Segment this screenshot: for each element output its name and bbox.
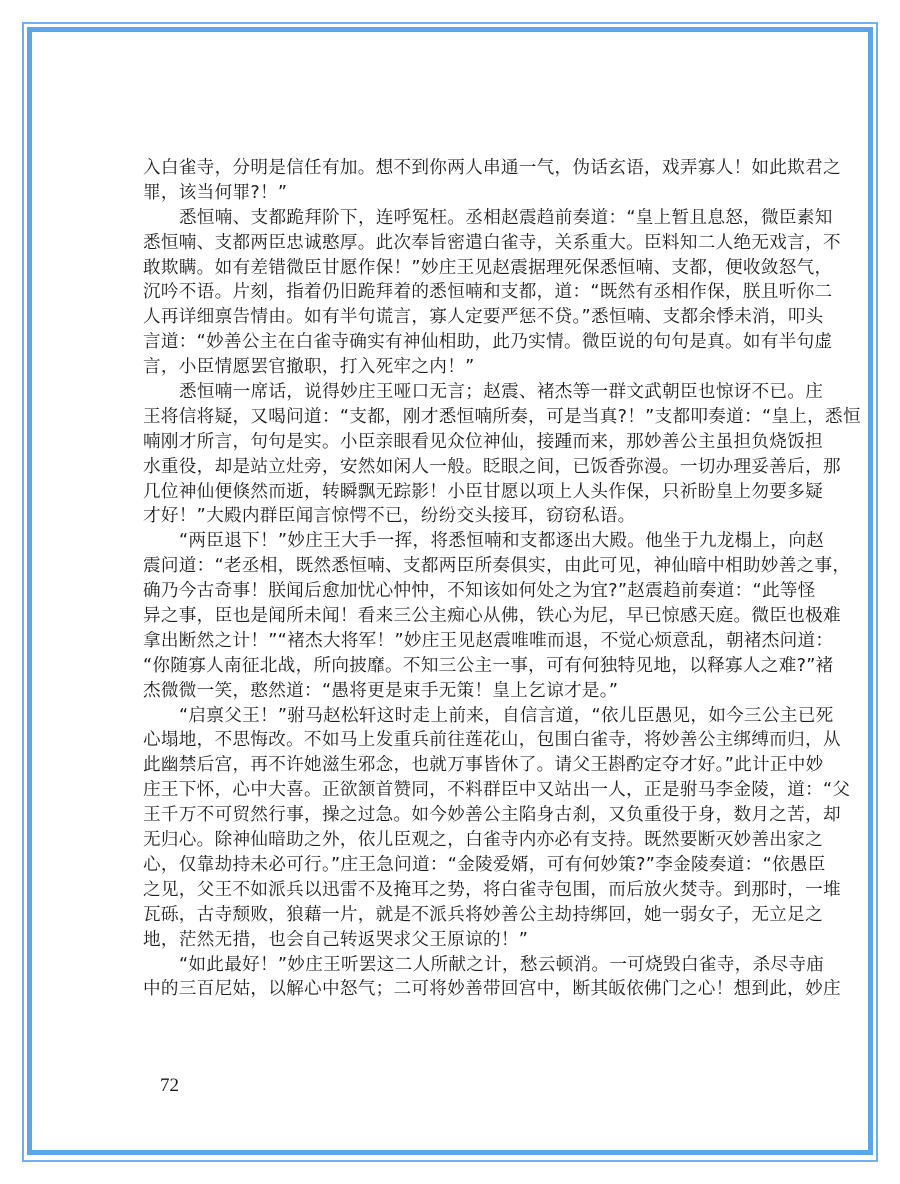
- text-line: 人再详细禀告情由。如有半句谎言，寡人定要严惩不贷。”悉恒喃、支都余悸未消，叩头: [143, 305, 785, 330]
- text-line: 庄王下怀，心中大喜。正欲颔首赞同，不料群臣中又站出一人，正是驸马李金陵，道：“父: [143, 778, 785, 803]
- book-page-text: 入白雀寺，分明是信任有加。想不到你两人串通一气，伪话玄语，戏弄寡人！如此欺君之罪…: [143, 156, 785, 1002]
- text-line: 瓦砾，古寺颓败，狼藉一片，就是不派兵将妙善公主劫持绑回，她一弱女子，无立足之: [143, 903, 785, 928]
- text-line: 拿出断然之计！”“褚杰大将军！”妙庄王见赵震唯唯而退，不觉心烦意乱，朝褚杰问道：: [143, 629, 785, 654]
- page-number: 72: [160, 1075, 179, 1097]
- paragraph-first-line: 悉恒喃一席话，说得妙庄王哑口无言；赵震、褚杰等一群文武朝臣也惊讶不已。庄: [143, 380, 785, 405]
- paragraph-first-line: 悉恒喃、支都跪拜阶下，连呼冤枉。丞相赵震趋前奏道：“皇上暂且息怒，微臣素知: [143, 206, 785, 231]
- paragraph-first-line: “如此最好！”妙庄王听罢这二人所献之计，愁云顿消。一可烧毁白雀寺，杀尽寺庙: [143, 953, 785, 978]
- text-line: 震问道：“老丞相，既然悉恒喃、支都两臣所奏俱实，由此可见，神仙暗中相助妙善之事，: [143, 554, 785, 579]
- paragraph-first-line: “启禀父王！”驸马赵松轩这时走上前来，自信言道，“依儿臣愚见，如今三公主已死: [143, 704, 785, 729]
- paragraph-first-line: “两臣退下！”妙庄王大手一挥，将悉恒喃和支都逐出大殿。他坐于九龙榻上，向赵: [143, 529, 785, 554]
- text-line: 心塌地，不思悔改。不如马上发重兵前往莲花山，包围白雀寺，将妙善公主绑缚而归，从: [143, 728, 785, 753]
- text-line: “你随寡人南征北战，所向披靡。不知三公主一事，可有何独特见地，以释寡人之难?”褚: [143, 654, 785, 679]
- text-line: 中的三百尼姑，以解心中怒气；二可将妙善带回宫中，断其皈依佛门之心！想到此，妙庄: [143, 977, 785, 1002]
- text-line: 悉恒喃、支都两臣忠诚憨厚。此次奉旨密遣白雀寺，关系重大。臣料知二人绝无戏言，不: [143, 231, 785, 256]
- text-line: 几位神仙便倏然而逝，转瞬飘无踪影！小臣甘愿以项上人头作保，只祈盼皇上勿要多疑: [143, 480, 785, 505]
- text-line: 王千万不可贸然行事，操之过急。如今妙善公主陷身古刹，又负重役于身，数月之苦，却: [143, 803, 785, 828]
- text-line: 水重役，却是站立灶旁，安然如闲人一般。眨眼之间，已饭香弥漫。一切办理妥善后，那: [143, 455, 785, 480]
- text-line: 喃刚才所言，句句是实。小臣亲眼看见众位神仙，接踵而来，那妙善公主虽担负烧饭担: [143, 430, 785, 455]
- text-line: 此幽禁后宫，再不许她滋生邪念，也就万事皆休了。请父王斟酌定夺才好。”此计正中妙: [143, 753, 785, 778]
- text-line: 言，小臣情愿罢官撤职，打入死牢之内！”: [143, 355, 785, 380]
- text-line: 心，仅靠劫持未必可行。”庄王急问道：“金陵爱婿，可有何妙策?”李金陵奏道：“依愚…: [143, 853, 785, 878]
- text-line: 异之事，臣也是闻所未闻！看来三公主痴心从佛，铁心为尼，早已惊感天庭。微臣也极难: [143, 604, 785, 629]
- text-line: 无归心。除神仙暗助之外，依儿臣观之，白雀寺内亦必有支持。既然要断灭妙善出家之: [143, 828, 785, 853]
- text-line: 王将信将疑，又喝问道：“支都，刚才悉恒喃所奏，可是当真?！”支都叩奏道：“皇上，…: [143, 405, 785, 430]
- text-line: 之见，父王不如派兵以迅雷不及掩耳之势，将白雀寺包围，而后放火焚寺。到那时，一堆: [143, 878, 785, 903]
- text-line: 沉吟不语。片刻，指着仍旧跪拜着的悉恒喃和支都，道：“既然有丞相作保，朕且听你二: [143, 280, 785, 305]
- text-line: 敢欺瞒。如有差错微臣甘愿作保！”妙庄王见赵震据理死保悉恒喃、支都，便收敛怒气，: [143, 256, 785, 281]
- text-line: 地，茫然无措，也会自己转返哭求父王原谅的！”: [143, 928, 785, 953]
- text-line: 入白雀寺，分明是信任有加。想不到你两人串通一气，伪话玄语，戏弄寡人！如此欺君之: [143, 156, 785, 181]
- text-line: 才好！”大殿内群臣闻言惊愕不已，纷纷交头接耳，窃窃私语。: [143, 504, 785, 529]
- text-line: 确乃今古奇事！朕闻后愈加忧心忡忡，不知该如何处之为宜?”赵震趋前奏道：“此等怪: [143, 579, 785, 604]
- text-line: 言道：“妙善公主在白雀寺确实有神仙相助，此乃实情。微臣说的句句是真。如有半句虚: [143, 330, 785, 355]
- text-line: 罪，该当何罪?！”: [143, 181, 785, 206]
- text-line: 杰微微一笑，憨然道：“愚将更是束手无策！皇上乞谅才是。”: [143, 679, 785, 704]
